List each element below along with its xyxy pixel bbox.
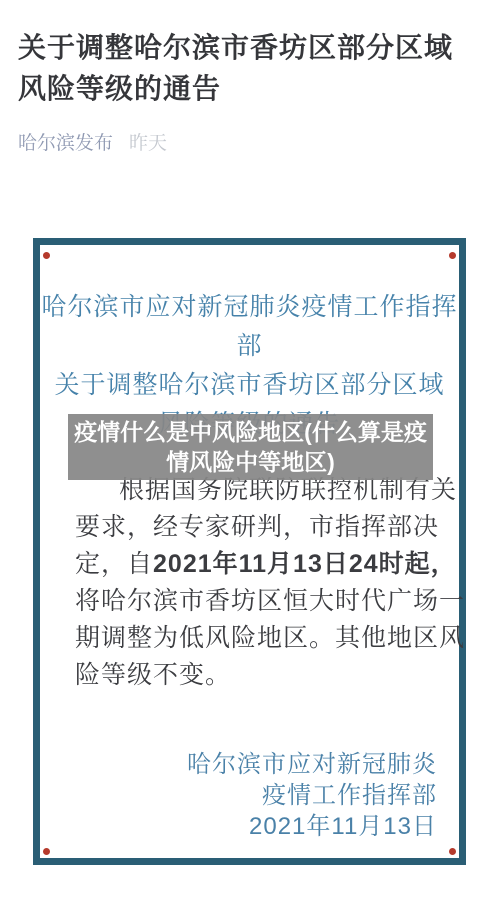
article-header: 关于调整哈尔滨市香坊区部分区域 风险等级的通告 哈尔滨发布 昨天 <box>0 0 500 155</box>
byline: 哈尔滨发布 昨天 <box>18 128 482 155</box>
caption-text: 疫情什么是中风险地区(什么算是疫 情风险中等地区) <box>74 417 427 477</box>
corner-dot-bottom-left <box>43 848 50 855</box>
corner-dot-top-right <box>449 252 456 259</box>
corner-dot-bottom-right <box>449 848 456 855</box>
publisher-name[interactable]: 哈尔滨发布 <box>18 128 113 155</box>
publish-time: 昨天 <box>129 128 167 155</box>
caption-overlay: 疫情什么是中风险地区(什么算是疫 情风险中等地区) <box>68 414 433 480</box>
notice-body-date: 2021年11月13日24时起， <box>153 550 457 578</box>
notice-image[interactable]: 哈尔滨市应对新冠肺炎疫情工作指挥 部 关于调整哈尔滨市香坊区部分区域 风险等级的… <box>33 238 466 865</box>
article-page: 关于调整哈尔滨市香坊区部分区域 风险等级的通告 哈尔滨发布 昨天 哈尔滨市应对新… <box>0 0 500 899</box>
notice-body-rest: 将哈尔滨市香坊区恒大时代广场一 期调整为低风险地区。其他地区风 险等级不变。 <box>75 587 465 689</box>
notice-body: 根据国务院联防联控机制有关 要求，经专家研判，市指挥部决 定，自2021年11月… <box>40 472 459 694</box>
notice-signature: 哈尔滨市应对新冠肺炎 疫情工作指挥部 2021年11月13日 <box>187 749 437 842</box>
corner-dot-top-left <box>43 252 50 259</box>
article-title: 关于调整哈尔滨市香坊区部分区域 风险等级的通告 <box>18 27 482 109</box>
